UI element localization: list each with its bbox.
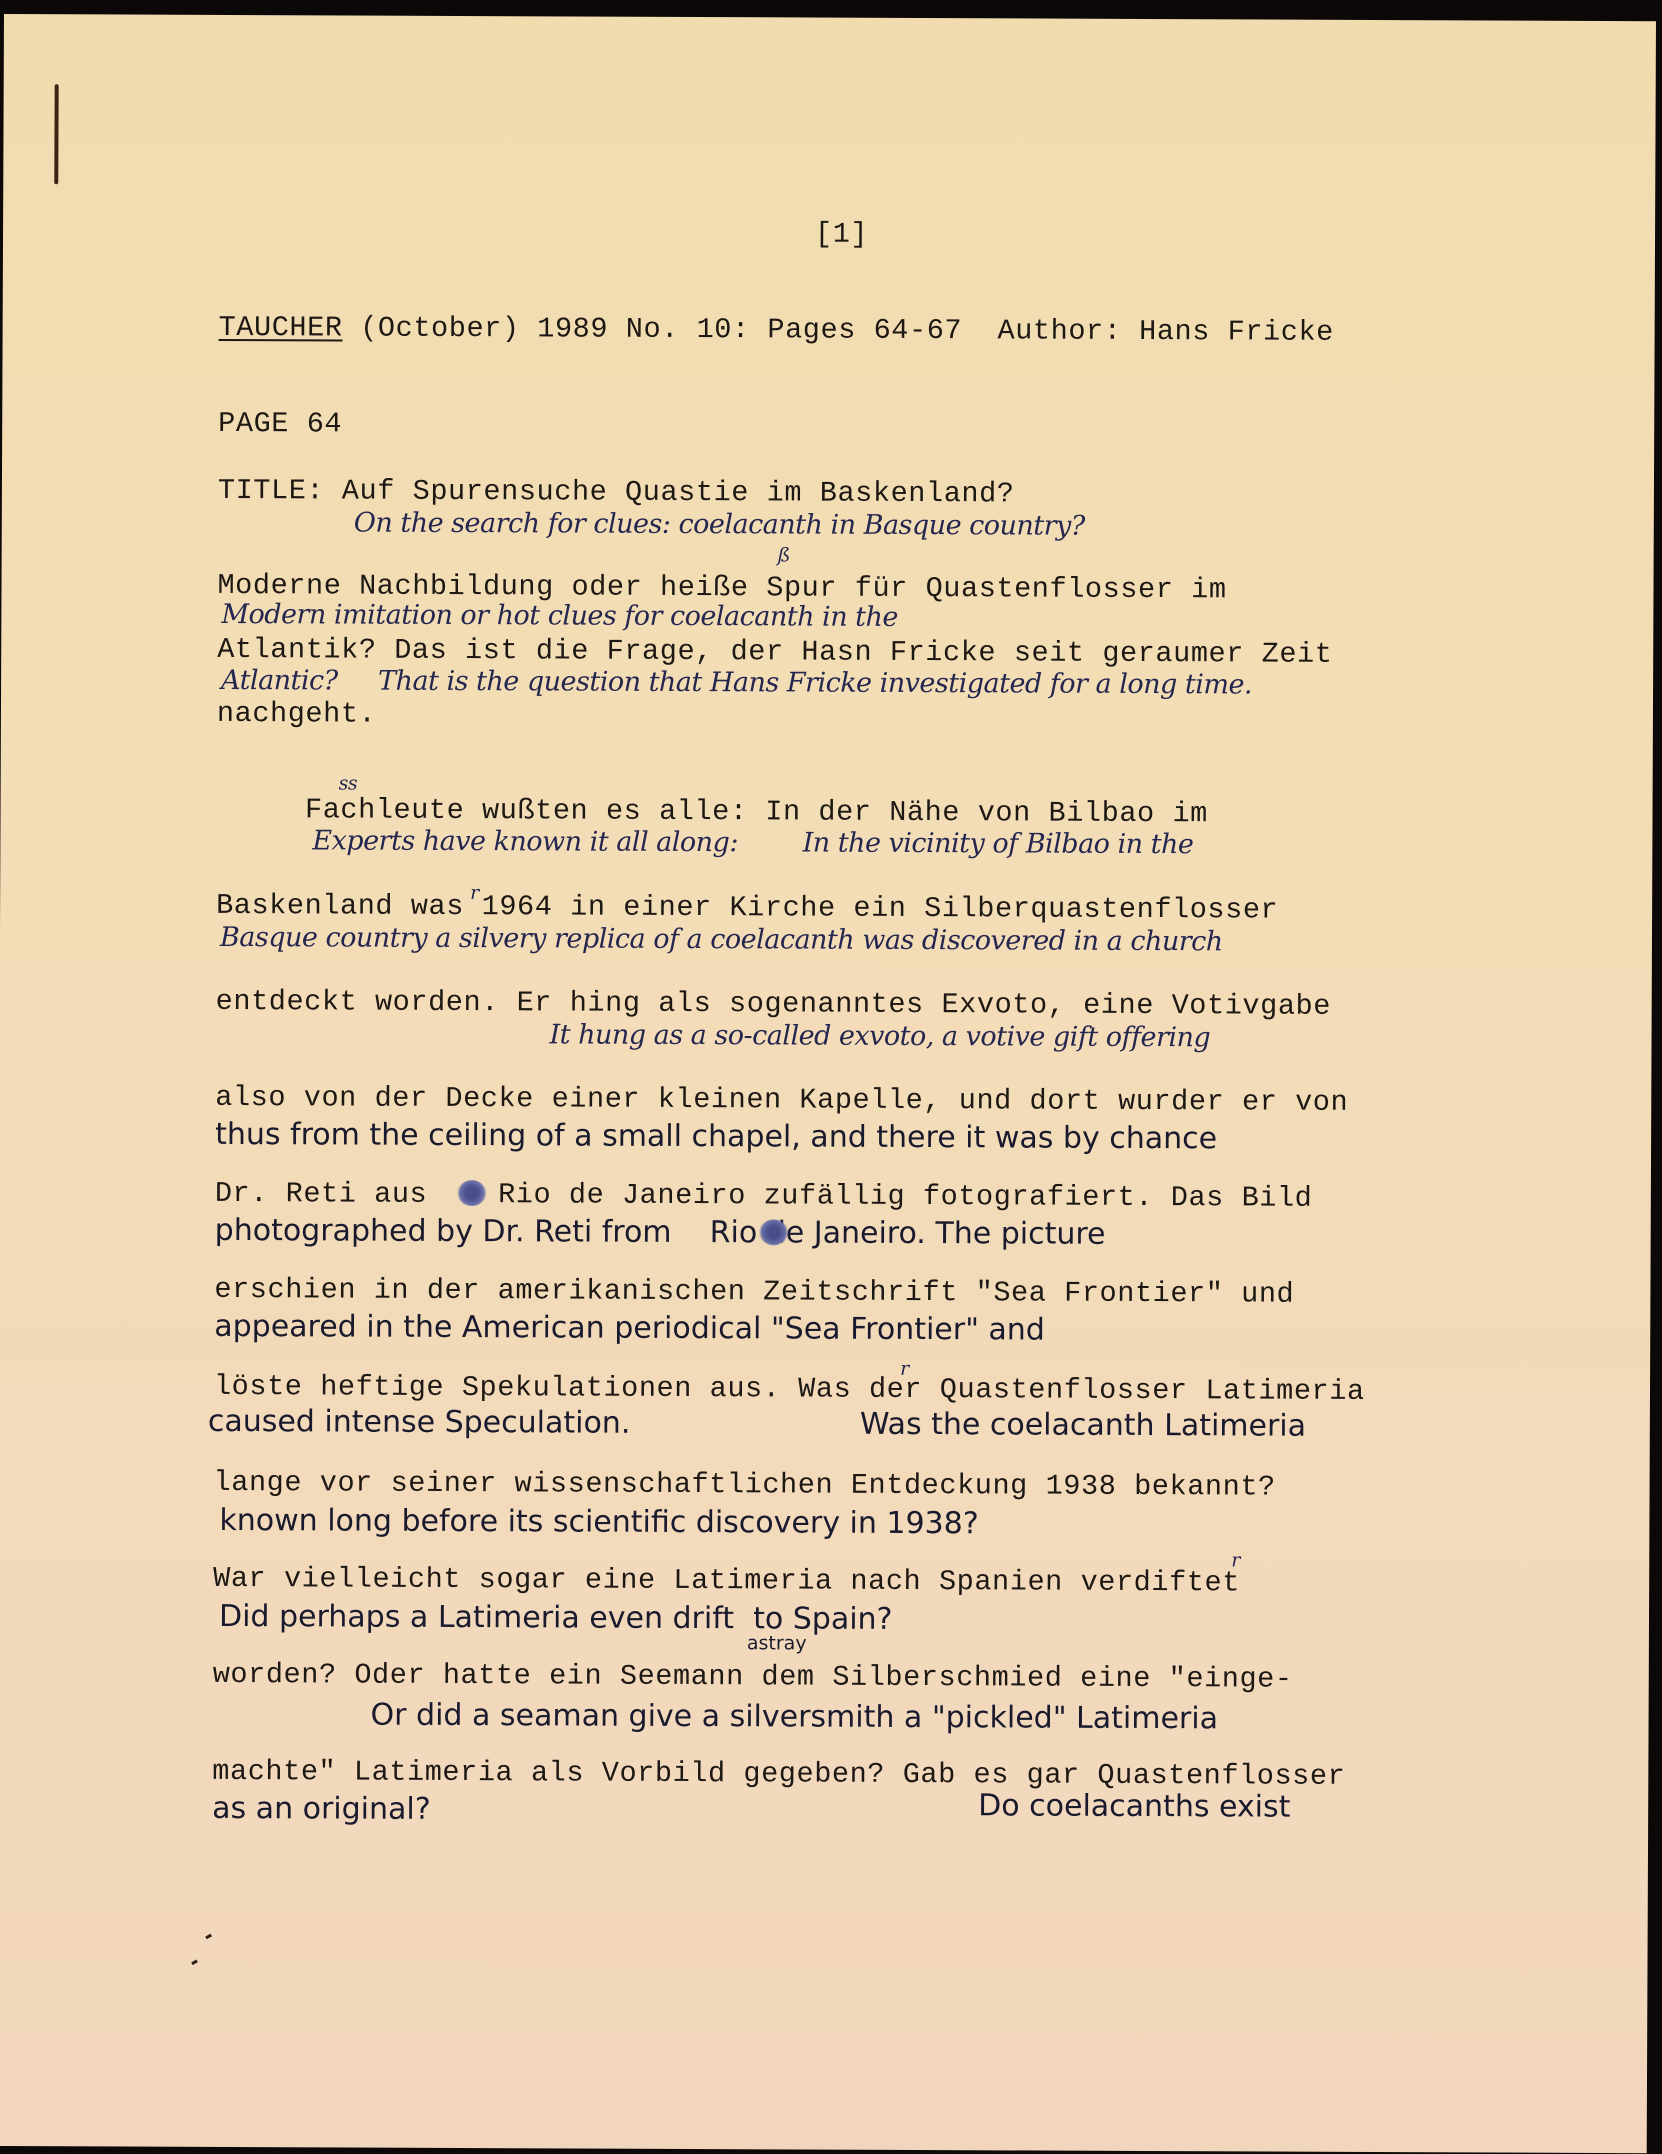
correction-note: ß <box>778 544 790 566</box>
typed-line: entdeckt worden. Er hing als sogenanntes… <box>216 985 1331 1023</box>
translation-line: Atlantic? That is the question that Hans… <box>221 665 1252 700</box>
typed-line: worden? Oder hatte ein Seemann dem Silbe… <box>213 1658 1293 1696</box>
translation-line: Basque country a silvery replica of a co… <box>220 922 1223 957</box>
translation-line-second: Was the coelacanth Latimeria <box>860 1407 1306 1444</box>
typed-line: War vielleicht sogar eine Latimeria nach… <box>213 1562 1240 1599</box>
translation-line: Modern imitation or hot clues for coelac… <box>221 599 898 633</box>
citation-header: TAUCHER (October) 1989 No. 10: Pages 64-… <box>219 311 1334 349</box>
paper-speck <box>191 1960 198 1966</box>
page-number: [1] <box>815 218 868 251</box>
ink-blot <box>457 1180 487 1206</box>
translation-line: It hung as a so-called exvoto, a votive … <box>549 1019 1210 1053</box>
citation-details: (October) 1989 No. 10: Pages 64-67 Autho… <box>342 311 1333 348</box>
ink-blot <box>759 1219 789 1245</box>
translation-line: photographed by Dr. Reti from Rio de Jan… <box>215 1213 1106 1252</box>
paper-speck <box>205 1934 212 1940</box>
translation-line: caused intense Speculation. <box>208 1404 631 1441</box>
staple-mark <box>54 84 58 184</box>
translation-line: thus from the ceiling of a small chapel,… <box>215 1117 1217 1156</box>
title-translation: On the search for clues: coelacanth in B… <box>354 508 1085 542</box>
translation-line: Experts have known it all along: In the … <box>312 825 1193 860</box>
translation-line: appeared in the American periodical "Sea… <box>214 1309 1045 1348</box>
title-typed: TITLE: Auf Spurensuche Quastie im Basken… <box>218 474 1015 510</box>
typed-line: machte" Latimeria als Vorbild gegeben? G… <box>212 1755 1345 1793</box>
translation-line: as an original? <box>212 1791 431 1827</box>
translation-line: Did perhaps a Latimeria even drift to Sp… <box>219 1599 893 1637</box>
typed-line: Baskenland was 1964 in einer Kirche ein … <box>216 889 1278 927</box>
typed-line: also von der Decke einer kleinen Kapelle… <box>215 1081 1348 1119</box>
publication-name: TAUCHER <box>219 311 343 345</box>
typed-line: Dr. Reti aus Rio de Janeiro zufällig fot… <box>215 1177 1313 1215</box>
translation-line: known long before its scientific discove… <box>219 1503 978 1541</box>
insertion-note: astray <box>747 1632 807 1654</box>
translation-line-second: Do coelacanths exist <box>978 1788 1290 1824</box>
typed-line: lange vor seiner wissenschaftlichen Entd… <box>214 1466 1276 1504</box>
document-page: [1] TAUCHER (October) 1989 No. 10: Pages… <box>0 14 1656 2153</box>
typed-line: löste heftige Spekulationen aus. Was der… <box>214 1370 1365 1408</box>
typed-line: nachgeht. <box>217 697 376 731</box>
typed-line: erschien in der amerikanischen Zeitschri… <box>214 1273 1294 1311</box>
page-label: PAGE 64 <box>218 407 342 441</box>
correction-note: ss <box>339 772 358 794</box>
translation-line: Or did a seaman give a silversmith a "pi… <box>371 1698 1219 1737</box>
